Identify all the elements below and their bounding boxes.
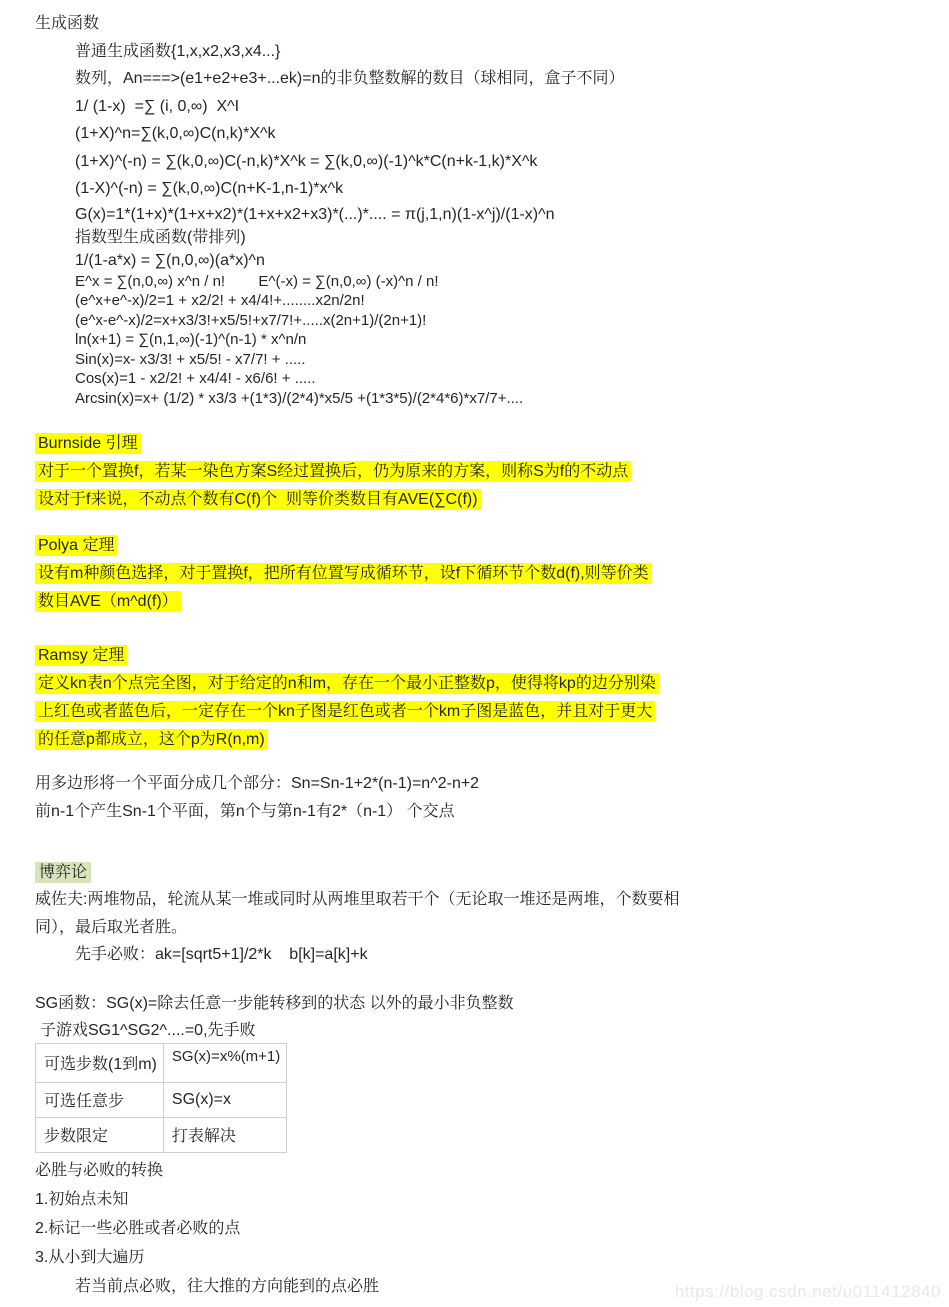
text-line: 子游戏SG1^SG2^....=0,先手败 xyxy=(35,1017,931,1045)
text-line: 博弈论 xyxy=(35,860,931,886)
text-line: 设有m种颜色选择，对于置换f，把所有位置写成循环节，设f下循环节个数d(f),则… xyxy=(35,560,931,588)
highlighted-text: 数目AVE（m^d(f)） xyxy=(35,591,181,612)
formula-line: Cos(x)=1 - x2/2! + x4/4! - x6/6! + ..... xyxy=(35,369,931,389)
section-sg-function: SG函数：SG(x)=除去任意一步能转移到的状态 以外的最小非负整数 子游戏SG… xyxy=(35,990,931,1153)
formula-line: Sin(x)=x- x3/3! + x5/5! - x7/7! + ..... xyxy=(35,350,931,370)
formula-line: (1-X)^(-n) = ∑(k,0,∞)C(n+K-1,n-1)*x^k xyxy=(35,175,931,203)
text-line: 威佐夫:两堆物品，轮流从某一堆或同时从两堆里取若干个（无论取一堆还是两堆，个数要… xyxy=(35,886,931,914)
text-line: SG函数：SG(x)=除去任意一步能转移到的状态 以外的最小非负整数 xyxy=(35,990,931,1018)
text-line: Ramsy 定理 xyxy=(35,642,931,670)
text-line: 对于一个置换f，若某一染色方案S经过置换后，仍为原来的方案，则称S为f的不动点 xyxy=(35,458,931,486)
highlighted-text: 的任意p都成立，这个p为R(n,m) xyxy=(35,729,268,750)
table-row: 可选任意步 SG(x)=x xyxy=(36,1082,287,1117)
highlighted-text: 设有m种颜色选择，对于置换f，把所有位置写成循环节，设f下循环节个数d(f),则… xyxy=(35,563,652,584)
section-title-burnside: Burnside 引理 xyxy=(35,433,141,454)
text-line: 定义kn表n个点完全图，对于给定的n和m，存在一个最小正整数p，使得将kp的边分… xyxy=(35,670,931,698)
section-title-game-theory: 博弈论 xyxy=(35,862,91,883)
formula-line: Arcsin(x)=x+ (1/2) * x3/3 +(1*3)/(2*4)*x… xyxy=(35,389,931,409)
formula-line: 1/ (1-x) =∑ (i, 0,∞) X^I xyxy=(35,93,931,121)
table-cell-case: 可选任意步 xyxy=(36,1082,164,1117)
subsection-title-win-lose: 必胜与必败的转换 xyxy=(35,1157,931,1185)
formula-line: 数列，An===>(e1+e2+e3+...ek)=n的非负整数解的数目（球相同… xyxy=(35,65,931,93)
list-item: 3.从小到大遍历 xyxy=(35,1243,931,1272)
formula-line: (e^x-e^-x)/2=x+x3/3!+x5/5!+x7/7!+.....x(… xyxy=(35,311,931,331)
section-polygon-division: 用多边形将一个平面分成几个部分：Sn=Sn-1+2*(n-1)=n^2-n+2 … xyxy=(35,770,931,825)
table-cell-result: SG(x)=x%(m+1) xyxy=(163,1043,286,1082)
highlighted-text: 对于一个置换f，若某一染色方案S经过置换后，仍为原来的方案，则称S为f的不动点 xyxy=(35,461,631,482)
text-line: 同），最后取光者胜。 xyxy=(35,914,931,942)
sg-strategy-table: 可选步数(1到m) SG(x)=x%(m+1) 可选任意步 SG(x)=x 步数… xyxy=(35,1043,287,1153)
section-game-theory: 博弈论 威佐夫:两堆物品，轮流从某一堆或同时从两堆里取若干个（无论取一堆还是两堆… xyxy=(35,860,931,969)
text-line: 用多边形将一个平面分成几个部分：Sn=Sn-1+2*(n-1)=n^2-n+2 xyxy=(35,770,931,798)
section-win-lose-conversion: 必胜与必败的转换 1.初始点未知 2.标记一些必胜或者必败的点 3.从小到大遍历… xyxy=(35,1157,931,1301)
formula-line: (1+X)^n=∑(k,0,∞)C(n,k)*X^k xyxy=(35,120,931,148)
table-row: 步数限定 打表解决 xyxy=(36,1117,287,1152)
list-item: 2.标记一些必胜或者必败的点 xyxy=(35,1214,931,1243)
text-line: 设对于f来说，不动点个数有C(f)个 则等价类数目有AVE(∑C(f)) xyxy=(35,486,931,514)
table-cell-case: 可选步数(1到m) xyxy=(36,1043,164,1082)
table-row: 可选步数(1到m) SG(x)=x%(m+1) xyxy=(36,1043,287,1082)
formula-line: G(x)=1*(1+x)*(1+x+x2)*(1+x+x2+x3)*(...)*… xyxy=(35,203,931,226)
subsection-title-exponential-genfunc: 指数型生成函数(带排列) xyxy=(35,226,931,249)
text-line: 前n-1个产生Sn-1个平面，第n个与第n-1有2*（n-1） 个交点 xyxy=(35,798,931,826)
formula-line: ln(x+1) = ∑(n,1,∞)(-1)^(n-1) * x^n/n xyxy=(35,330,931,350)
formula-line: 先手必败：ak=[sqrt5+1]/2*k b[k]=a[k]+k xyxy=(35,941,931,969)
text-line: 上红色或者蓝色后，一定存在一个kn子图是红色或者一个km子图是蓝色，并且对于更大 xyxy=(35,698,931,726)
highlighted-text: 上红色或者蓝色后，一定存在一个kn子图是红色或者一个km子图是蓝色，并且对于更大 xyxy=(35,701,655,722)
text-line: 的任意p都成立，这个p为R(n,m) xyxy=(35,726,931,754)
list-item: 1.初始点未知 xyxy=(35,1185,931,1214)
text-line: Polya 定理 xyxy=(35,532,931,560)
formula-line: E^x = ∑(n,0,∞) x^n / n! E^(-x) = ∑(n,0,∞… xyxy=(35,272,931,292)
formula-line: 1/(1-a*x) = ∑(n,0,∞)(a*x)^n xyxy=(35,249,931,272)
highlighted-text: 设对于f来说，不动点个数有C(f)个 则等价类数目有AVE(∑C(f)) xyxy=(35,489,481,510)
section-title-generating-functions: 生成函数 xyxy=(35,10,931,38)
section-ramsy: Ramsy 定理 定义kn表n个点完全图，对于给定的n和m，存在一个最小正整数p… xyxy=(35,642,931,754)
table-cell-case: 步数限定 xyxy=(36,1117,164,1152)
table-cell-result: 打表解决 xyxy=(163,1117,286,1152)
document-body: 生成函数 普通生成函数{1,x,x2,x3,x4...} 数列，An===>(e… xyxy=(0,0,949,1301)
section-title-polya: Polya 定理 xyxy=(35,535,117,556)
highlighted-text: 定义kn表n个点完全图，对于给定的n和m，存在一个最小正整数p，使得将kp的边分… xyxy=(35,673,659,694)
csdn-watermark: https://blog.csdn.net/u011412840 xyxy=(675,1282,941,1302)
text-line: Burnside 引理 xyxy=(35,430,931,458)
section-burnside: Burnside 引理 对于一个置换f，若某一染色方案S经过置换后，仍为原来的方… xyxy=(35,430,931,514)
table-cell-result: SG(x)=x xyxy=(163,1082,286,1117)
text-line: 数目AVE（m^d(f)） xyxy=(35,588,931,616)
formula-line: (e^x+e^-x)/2=1 + x2/2! + x4/4!+........x… xyxy=(35,291,931,311)
section-title-ramsy: Ramsy 定理 xyxy=(35,645,127,666)
formula-line: 普通生成函数{1,x,x2,x3,x4...} xyxy=(35,38,931,66)
formula-line: (1+X)^(-n) = ∑(k,0,∞)C(-n,k)*X^k = ∑(k,0… xyxy=(35,148,931,176)
section-polya: Polya 定理 设有m种颜色选择，对于置换f，把所有位置写成循环节，设f下循环… xyxy=(35,532,931,616)
